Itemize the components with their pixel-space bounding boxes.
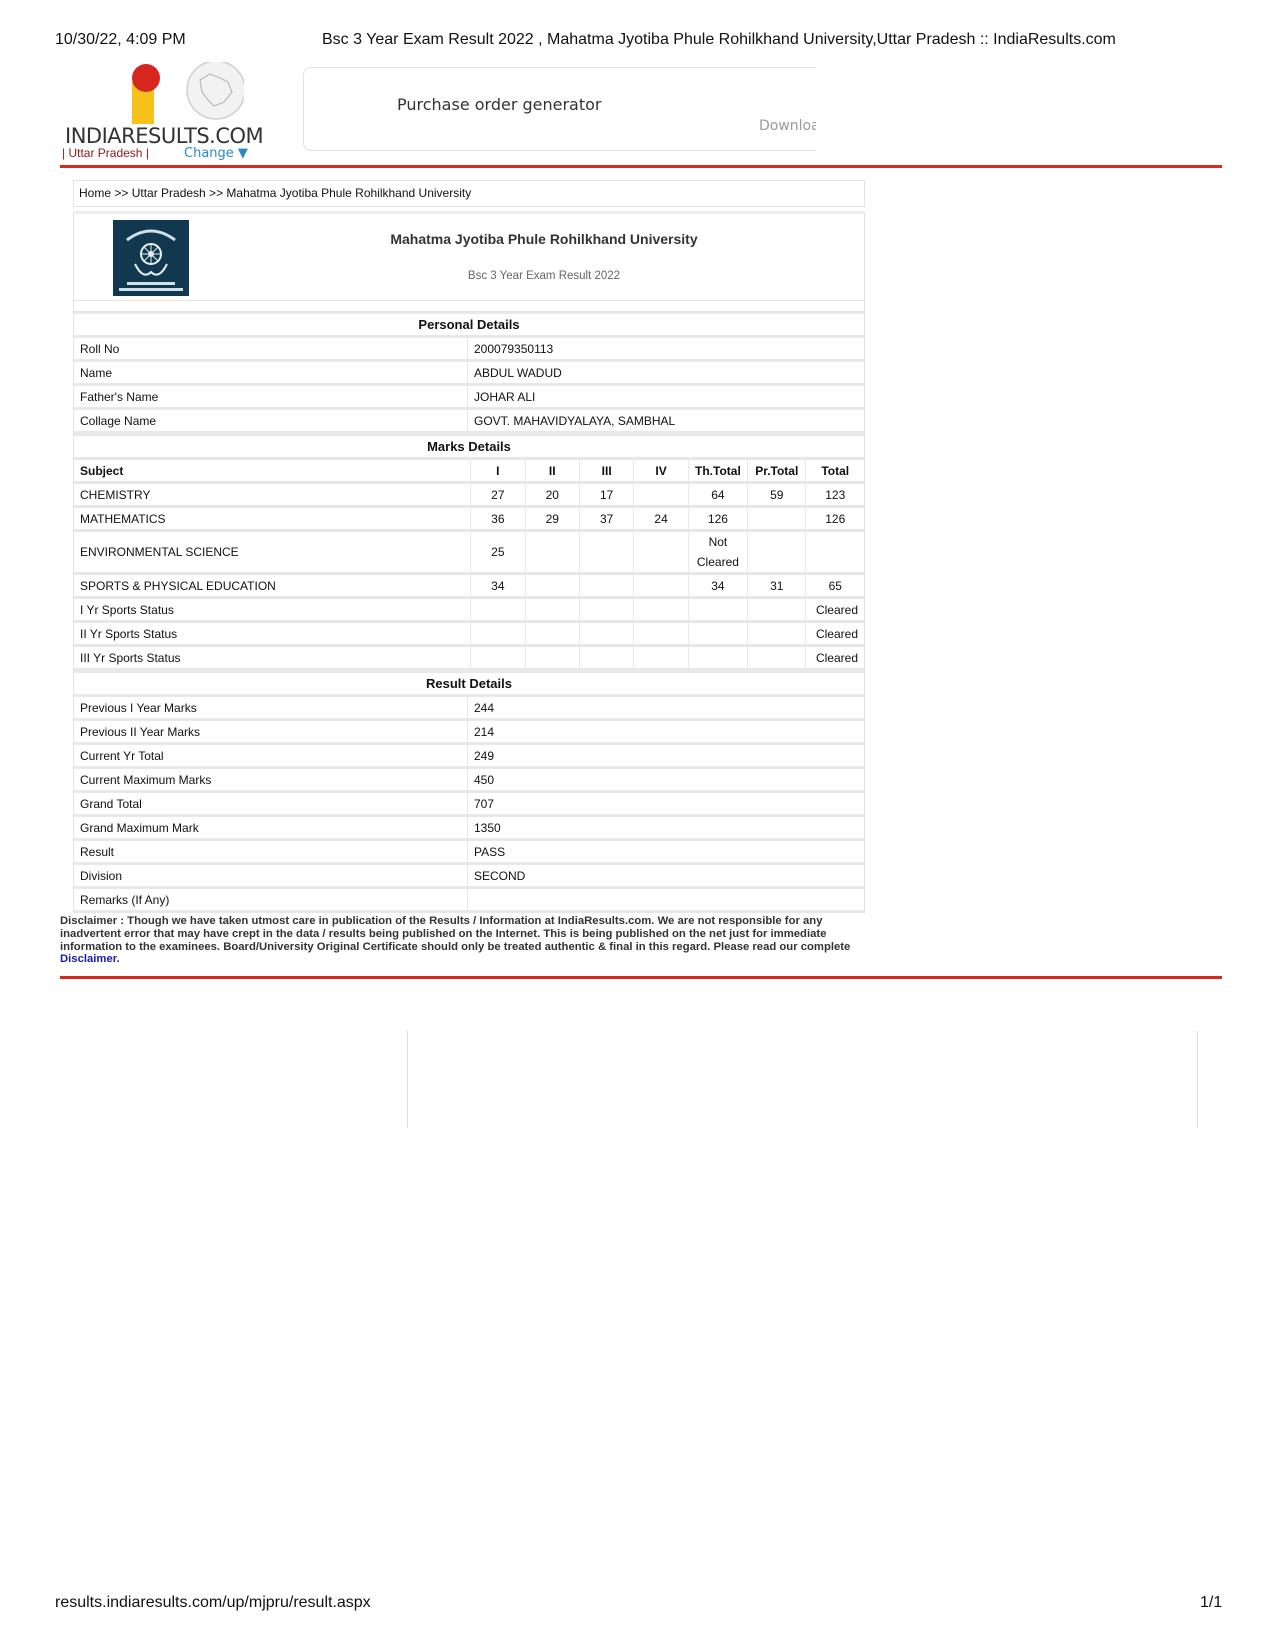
- field-label: Father's Name: [74, 386, 467, 410]
- mark-cell: [747, 647, 805, 671]
- table-row: ResultPASS: [74, 841, 864, 865]
- disclaimer: Disclaimer : Though we have taken utmost…: [60, 915, 870, 966]
- header-divider: [60, 165, 1222, 168]
- mark-cell: [688, 647, 747, 671]
- mark-cell: [579, 599, 633, 623]
- mark-cell: [525, 575, 579, 599]
- mark-cell: 27: [470, 484, 524, 508]
- column-header: II: [525, 460, 579, 484]
- table-row: Previous II Year Marks214: [74, 721, 864, 745]
- section-heading: Marks Details: [74, 434, 864, 460]
- field-label: Grand Maximum Mark: [74, 817, 467, 841]
- subject-name: CHEMISTRY: [74, 484, 470, 508]
- mark-cell: [579, 647, 633, 671]
- mark-cell: 123: [805, 484, 864, 508]
- field-value: PASS: [467, 841, 864, 865]
- mark-cell: [525, 532, 579, 575]
- mark-cell: [525, 599, 579, 623]
- mark-cell: 34: [688, 575, 747, 599]
- disclaimer-link[interactable]: Disclaimer.: [60, 953, 120, 965]
- subject-name: ENVIRONMENTAL SCIENCE: [74, 532, 470, 575]
- subject-name: SPORTS & PHYSICAL EDUCATION: [74, 575, 470, 599]
- field-value: GOVT. MAHAVIDYALAYA, SAMBHAL: [467, 410, 864, 434]
- mark-cell: [579, 575, 633, 599]
- mark-cell: 29: [525, 508, 579, 532]
- change-state-link[interactable]: Change ▼: [184, 146, 248, 161]
- ad-title[interactable]: Purchase order generator: [397, 95, 602, 114]
- university-header: Mahatma Jyotiba Phule Rohilkhand Univers…: [73, 211, 865, 301]
- table-row: Grand Maximum Mark1350: [74, 817, 864, 841]
- marks-details-table: Marks Details Subject I II III IV Th.Tot…: [73, 434, 865, 671]
- mark-cell: [747, 599, 805, 623]
- section-heading: Personal Details: [74, 312, 864, 338]
- breadcrumb[interactable]: Home >> Uttar Pradesh >> Mahatma Jyotiba…: [73, 180, 865, 207]
- table-row: Previous I Year Marks244: [74, 697, 864, 721]
- mark-cell: 17: [579, 484, 633, 508]
- column-header: Pr.Total: [747, 460, 805, 484]
- subject-name: II Yr Sports Status: [74, 623, 470, 647]
- result-details-table: Result Details Previous I Year Marks244P…: [73, 671, 865, 913]
- field-label: Current Yr Total: [74, 745, 467, 769]
- ad-download-button[interactable]: Downloa: [759, 118, 816, 134]
- result-panel: Home >> Uttar Pradesh >> Mahatma Jyotiba…: [73, 180, 865, 913]
- table-row: Roll No200079350113: [74, 338, 864, 362]
- personal-details-table: Personal Details Roll No200079350113 Nam…: [73, 312, 865, 434]
- mark-cell: 25: [470, 532, 524, 575]
- field-label: Remarks (If Any): [74, 889, 467, 913]
- field-value: 214: [467, 721, 864, 745]
- table-row: ENVIRONMENTAL SCIENCE25NotCleared: [74, 532, 864, 575]
- mark-cell: 24: [633, 508, 687, 532]
- table-row: I Yr Sports StatusCleared: [74, 599, 864, 623]
- mark-cell: [633, 647, 687, 671]
- mark-cell: [470, 623, 524, 647]
- mark-cell: 126: [688, 508, 747, 532]
- table-row: Grand Total707: [74, 793, 864, 817]
- table-row: Father's NameJOHAR ALI: [74, 386, 864, 410]
- column-header: Th.Total: [688, 460, 747, 484]
- field-value: 244: [467, 697, 864, 721]
- table-row: DivisionSECOND: [74, 865, 864, 889]
- mark-cell: 65: [805, 575, 864, 599]
- field-value: JOHAR ALI: [467, 386, 864, 410]
- table-row: Current Yr Total249: [74, 745, 864, 769]
- empty-frame-border: [407, 1031, 408, 1128]
- table-row: NameABDUL WADUD: [74, 362, 864, 386]
- field-label: Division: [74, 865, 467, 889]
- mark-cell: [579, 623, 633, 647]
- field-value: 200079350113: [467, 338, 864, 362]
- mark-cell: 59: [747, 484, 805, 508]
- subject-name: I Yr Sports Status: [74, 599, 470, 623]
- subject-name: MATHEMATICS: [74, 508, 470, 532]
- column-header: Total: [805, 460, 864, 484]
- field-label: Name: [74, 362, 467, 386]
- mark-cell: NotCleared: [688, 532, 747, 575]
- field-label: Previous II Year Marks: [74, 721, 467, 745]
- mark-cell: [525, 623, 579, 647]
- mark-cell: [633, 623, 687, 647]
- mark-cell: [525, 647, 579, 671]
- ad-banner[interactable]: Purchase order generator Downloa: [303, 67, 816, 151]
- mark-cell: [747, 508, 805, 532]
- field-label: Previous I Year Marks: [74, 697, 467, 721]
- footer-divider: [60, 976, 1222, 979]
- field-value: [467, 889, 864, 913]
- mark-cell: [633, 484, 687, 508]
- mark-cell: Cleared: [805, 623, 864, 647]
- mark-cell: 20: [525, 484, 579, 508]
- logo-wordmark: INDIARESULTS.COM: [65, 124, 263, 148]
- subject-name: III Yr Sports Status: [74, 647, 470, 671]
- column-header: I: [470, 460, 524, 484]
- print-page-number: 1/1: [1200, 1594, 1222, 1612]
- mark-cell: [688, 599, 747, 623]
- table-row: MATHEMATICS36293724126126: [74, 508, 864, 532]
- mark-cell: [579, 532, 633, 575]
- mark-cell: 64: [688, 484, 747, 508]
- empty-frame-border: [1197, 1031, 1198, 1128]
- column-header: IV: [633, 460, 687, 484]
- indiaresults-logo-icon: [124, 62, 244, 124]
- mark-cell: Cleared: [805, 599, 864, 623]
- field-label: Current Maximum Marks: [74, 769, 467, 793]
- field-value: SECOND: [467, 865, 864, 889]
- exam-title: Bsc 3 Year Exam Result 2022: [74, 270, 864, 282]
- state-label: | Uttar Pradesh |: [62, 146, 149, 160]
- table-row: CHEMISTRY2720176459123: [74, 484, 864, 508]
- mark-cell: [805, 532, 864, 575]
- print-timestamp: 10/30/22, 4:09 PM: [55, 31, 186, 49]
- column-header: Subject: [74, 460, 470, 484]
- field-value: 450: [467, 769, 864, 793]
- mark-cell: [470, 647, 524, 671]
- mark-cell: 31: [747, 575, 805, 599]
- mark-cell: 36: [470, 508, 524, 532]
- mark-cell: 37: [579, 508, 633, 532]
- field-label: Collage Name: [74, 410, 467, 434]
- mark-cell: 126: [805, 508, 864, 532]
- field-value: 707: [467, 793, 864, 817]
- field-value: 1350: [467, 817, 864, 841]
- field-value: 249: [467, 745, 864, 769]
- site-logo[interactable]: INDIARESULTS.COM | Uttar Pradesh | Chang…: [62, 62, 252, 162]
- mark-cell: [470, 599, 524, 623]
- table-row: SPORTS & PHYSICAL EDUCATION34343165: [74, 575, 864, 599]
- table-row: Collage NameGOVT. MAHAVIDYALAYA, SAMBHAL: [74, 410, 864, 434]
- mark-cell: [633, 532, 687, 575]
- table-row: III Yr Sports StatusCleared: [74, 647, 864, 671]
- mark-cell: [633, 575, 687, 599]
- table-row: II Yr Sports StatusCleared: [74, 623, 864, 647]
- marks-header-row: Subject I II III IV Th.Total Pr.Total To…: [74, 460, 864, 484]
- mark-cell: [633, 599, 687, 623]
- mark-cell: [747, 532, 805, 575]
- field-label: Result: [74, 841, 467, 865]
- mark-cell: [747, 623, 805, 647]
- section-heading: Result Details: [74, 671, 864, 697]
- table-row: Current Maximum Marks450: [74, 769, 864, 793]
- mark-cell: 34: [470, 575, 524, 599]
- spacer: [73, 301, 865, 312]
- column-header: III: [579, 460, 633, 484]
- mark-cell: [688, 623, 747, 647]
- print-url: results.indiaresults.com/up/mjpru/result…: [55, 1594, 371, 1612]
- print-page-title: Bsc 3 Year Exam Result 2022 , Mahatma Jy…: [322, 31, 1116, 49]
- field-label: Grand Total: [74, 793, 467, 817]
- table-row: Remarks (If Any): [74, 889, 864, 913]
- field-value: ABDUL WADUD: [467, 362, 864, 386]
- university-name: Mahatma Jyotiba Phule Rohilkhand Univers…: [74, 231, 864, 247]
- disclaimer-text: Disclaimer : Though we have taken utmost…: [60, 915, 850, 953]
- field-label: Roll No: [74, 338, 467, 362]
- mark-cell: Cleared: [805, 647, 864, 671]
